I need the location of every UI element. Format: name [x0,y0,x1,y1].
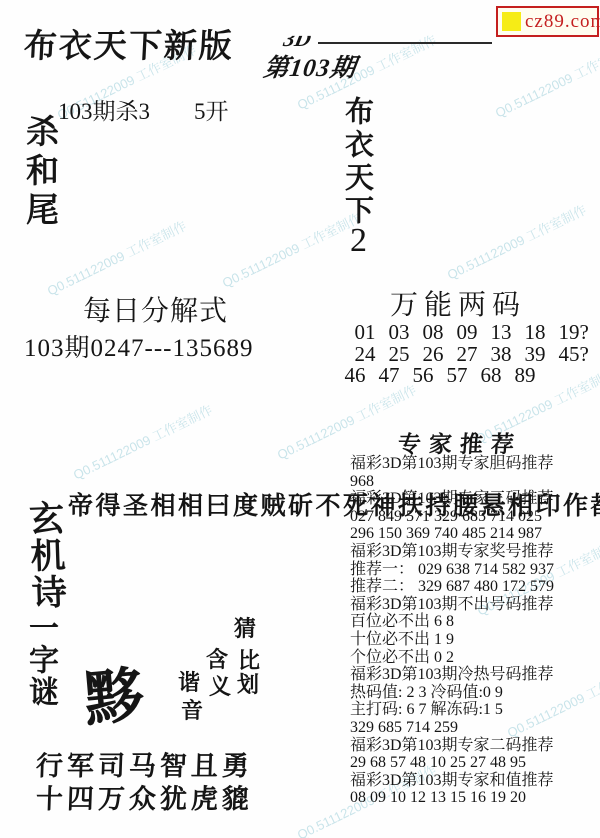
two-codes-row: 24252627383945? [348,344,595,366]
two-code-value: 01 [355,322,376,344]
expert-line: 十位必不出 1 9 [350,631,554,649]
brand-number: 2 [350,222,367,260]
title-rule [318,42,492,44]
expert-line: 百位必不出 6 8 [350,613,554,631]
daily-decomposition-formula: 103期0247---135689 [24,328,253,364]
two-code-value: 26 [423,344,444,366]
watermark-text: Q0.511122009 工作室制作 [44,215,190,299]
watermark-text: Q0.511122009 工作室制作 [492,37,600,121]
kill-vertical-label: 杀和尾 [22,114,55,231]
expert-line: 主打码: 6 7 解冻码:1 5 [350,701,554,719]
kill-line: 103期杀35开 [58,93,229,126]
riddle-hint-stroke-2: 划 [237,668,259,699]
two-code-value: 25 [389,344,410,366]
expert-line: 个位必不出 0 2 [350,649,554,667]
two-code-value: 68 [481,365,502,387]
two-code-value: 39 [525,344,546,366]
site-url: cz89.com [525,11,600,33]
kill-line-left: 103期杀3 [58,99,150,124]
poem-row: 贼斫不死神扶持 [261,493,454,520]
two-code-value: 57 [447,365,468,387]
riddle-hint-meaning-2: 义 [209,670,231,701]
expert-line: 296 150 369 740 485 214 987 [350,525,554,543]
universal-two-codes-grid: 01030809131819? 24252627383945? 46475657… [338,322,595,387]
two-code-value: 27 [457,344,478,366]
yellow-square-icon [502,12,521,31]
page-title: 布衣天下新版 [23,20,235,67]
site-badge[interactable]: cz89.com [496,6,599,37]
two-code-value: 56 [413,365,434,387]
buyi-tianxia-sheet: Q0.511122009 工作室制作 Q0.511122009 工作室制作 Q0… [0,0,600,838]
two-codes-row: 464756576889 [338,365,595,387]
poem-row: 帝得圣相相曰度 [68,493,261,520]
one-char-riddle-label: 一字谜 [25,612,55,708]
riddle-hint-homophone-2: 音 [181,694,203,725]
two-code-value: 18 [525,322,546,344]
daily-decomposition-title: 每日分解式 [83,289,228,329]
footer-poem-line-2: 十四万众犹虎貔 [35,777,253,816]
expert-line: 329 685 714 259 [350,719,554,737]
two-code-value: 45? [559,344,589,366]
brand-vertical-label: 布衣天下 [342,96,371,228]
expert-line: 08 09 10 12 13 15 16 19 20 [350,789,554,807]
issue-number: 第103期 [261,48,359,84]
two-code-value: 13 [491,322,512,344]
universal-two-codes-title: 万能两码 [390,283,526,323]
expert-line: 福彩3D第103期专家胆码推荐 [350,455,554,473]
mystery-poem-label: 玄机诗 [26,499,65,611]
two-code-value: 19? [559,322,589,344]
watermark-text: Q0.511122009 工作室制作 [70,399,216,483]
two-code-value: 46 [345,365,366,387]
two-code-value: 03 [389,322,410,344]
expert-line: 968 [350,473,554,491]
riddle-character: 黟 [80,648,147,739]
watermark-text: Q0.511122009 工作室制作 [444,199,590,283]
expert-line: 推荐二： 329 687 480 172 579 [350,578,554,596]
expert-line: 福彩3D第103期专家和值推荐 [350,772,554,790]
expert-line: 福彩3D第103期专家二码推荐 [350,737,554,755]
mystery-poem: 帝得圣相相曰度贼斫不死神扶持腰悬相印作都统阴风惨澹天王旗 [68,492,600,522]
two-code-value: 47 [379,365,400,387]
two-codes-row: 01030809131819? [348,322,595,344]
two-code-value: 24 [355,344,376,366]
riddle-hint-homophone-1: 谐 [178,666,200,697]
expert-line: 推荐一： 029 638 714 582 937 [350,561,554,579]
two-code-value: 09 [457,322,478,344]
two-code-value: 08 [423,322,444,344]
riddle-hint-guess: 猜 [234,612,256,643]
expert-line: 福彩3D第103期冷热号码推荐 [350,666,554,684]
expert-line: 29 68 57 48 10 25 27 48 95 [350,754,554,772]
poem-row: 腰悬相印作都统 [453,493,600,520]
kill-line-right: 5开 [194,99,229,124]
two-code-value: 38 [491,344,512,366]
expert-line: 福彩3D第103期不出号码推荐 [350,596,554,614]
two-code-value: 89 [515,365,536,387]
expert-line: 热码值: 2 3 冷码值:0 9 [350,684,554,702]
expert-line: 福彩3D第103期专家奖号推荐 [350,543,554,561]
